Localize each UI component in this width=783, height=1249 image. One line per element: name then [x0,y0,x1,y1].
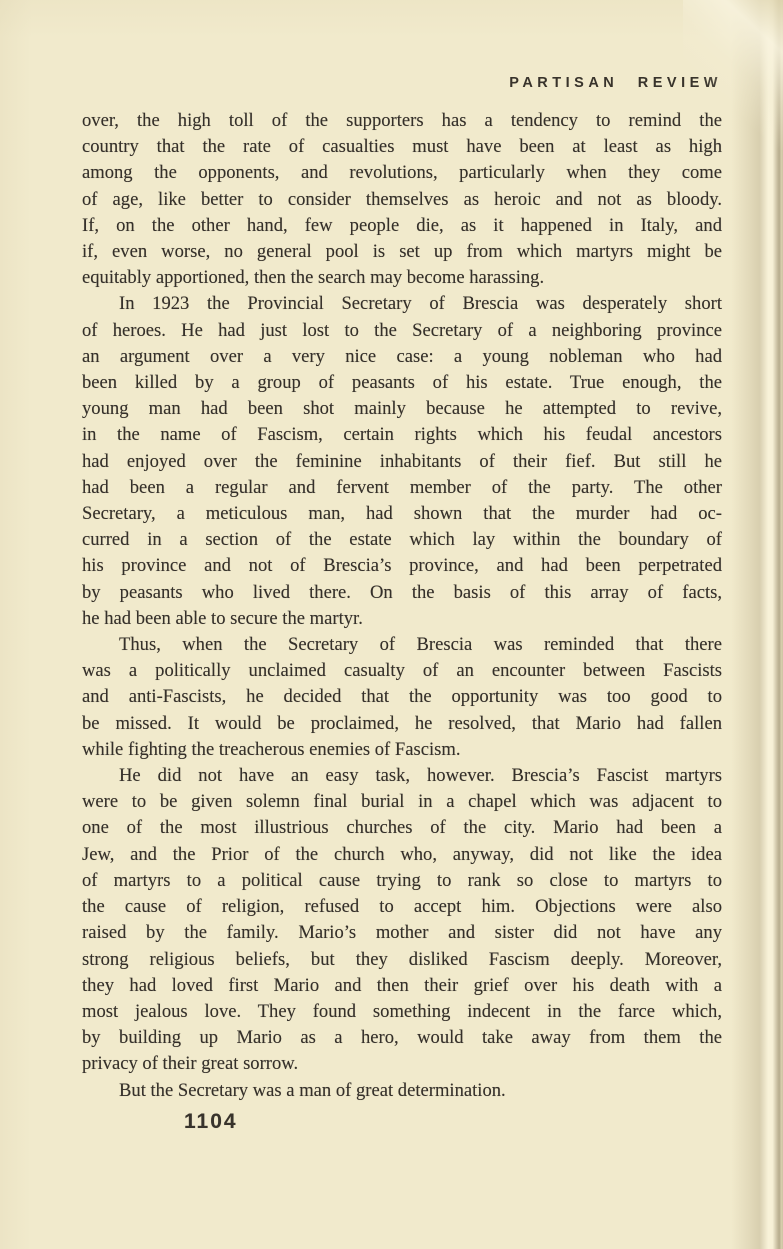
text-line: country that the rate of casualties must… [82,134,722,160]
text-line: he had been able to secure the martyr. [82,606,722,632]
page-edge-shadow [731,0,783,1249]
text-line: most jealous love. They found something … [82,999,722,1025]
text-line: was a politically unclaimed casualty of … [82,658,722,684]
text-line: Thus, when the Secretary of Brescia was … [82,632,722,658]
text-line: of heroes. He had just lost to the Secre… [82,318,722,344]
text-line: He did not have an easy task, however. B… [82,763,722,789]
text-line: been killed by a group of peasants of hi… [82,370,722,396]
text-line: an argument over a very nice case: a you… [82,344,722,370]
text-line: young man had been shot mainly because h… [82,396,722,422]
text-line: if, even worse, no general pool is set u… [82,239,722,265]
text-line: by peasants who lived there. On the basi… [82,580,722,606]
text-line: they had loved first Mario and then thei… [82,973,722,999]
text-line: the cause of religion, refused to accept… [82,894,722,920]
text-line: be missed. It would be proclaimed, he re… [82,711,722,737]
text-line: were to be given solemn final burial in … [82,789,722,815]
text-line: among the opponents, and revolutions, pa… [82,160,722,186]
text-line: curred in a section of the estate which … [82,527,722,553]
text-line: of age, like better to consider themselv… [82,187,722,213]
text-line: equitably apportioned, then the search m… [82,265,722,291]
page-number: 1104 [184,1110,238,1134]
text-line: had been a regular and fervent member of… [82,475,722,501]
text-line: Jew, and the Prior of the church who, an… [82,842,722,868]
text-line: Secretary, a meticulous man, had shown t… [82,501,722,527]
text-line: of martyrs to a political cause trying t… [82,868,722,894]
text-line: in the name of Fascism, certain rights w… [82,422,722,448]
text-line: and anti-Fascists, he decided that the o… [82,684,722,710]
running-head-journal-title: PARTISAN REVIEW [509,75,722,91]
text-line: had enjoyed over the feminine inhabitant… [82,449,722,475]
text-line: If, on the other hand, few people die, a… [82,213,722,239]
book-page: PARTISAN REVIEW over, the high toll of t… [0,0,783,1249]
text-line: strong religious beliefs, but they disli… [82,947,722,973]
text-line: raised by the family. Mario’s mother and… [82,920,722,946]
text-line: one of the most illustrious churches of … [82,815,722,841]
text-line: by building up Mario as a hero, would ta… [82,1025,722,1051]
text-line: while fighting the treacherous enemies o… [82,737,722,763]
text-line: In 1923 the Provincial Secretary of Bres… [82,291,722,317]
text-line: over, the high toll of the supporters ha… [82,108,722,134]
text-line: But the Secretary was a man of great det… [82,1078,722,1104]
body-text: over, the high toll of the supporters ha… [82,108,722,1104]
text-line: privacy of their great sorrow. [82,1051,722,1077]
text-line: his province and not of Brescia’s provin… [82,553,722,579]
